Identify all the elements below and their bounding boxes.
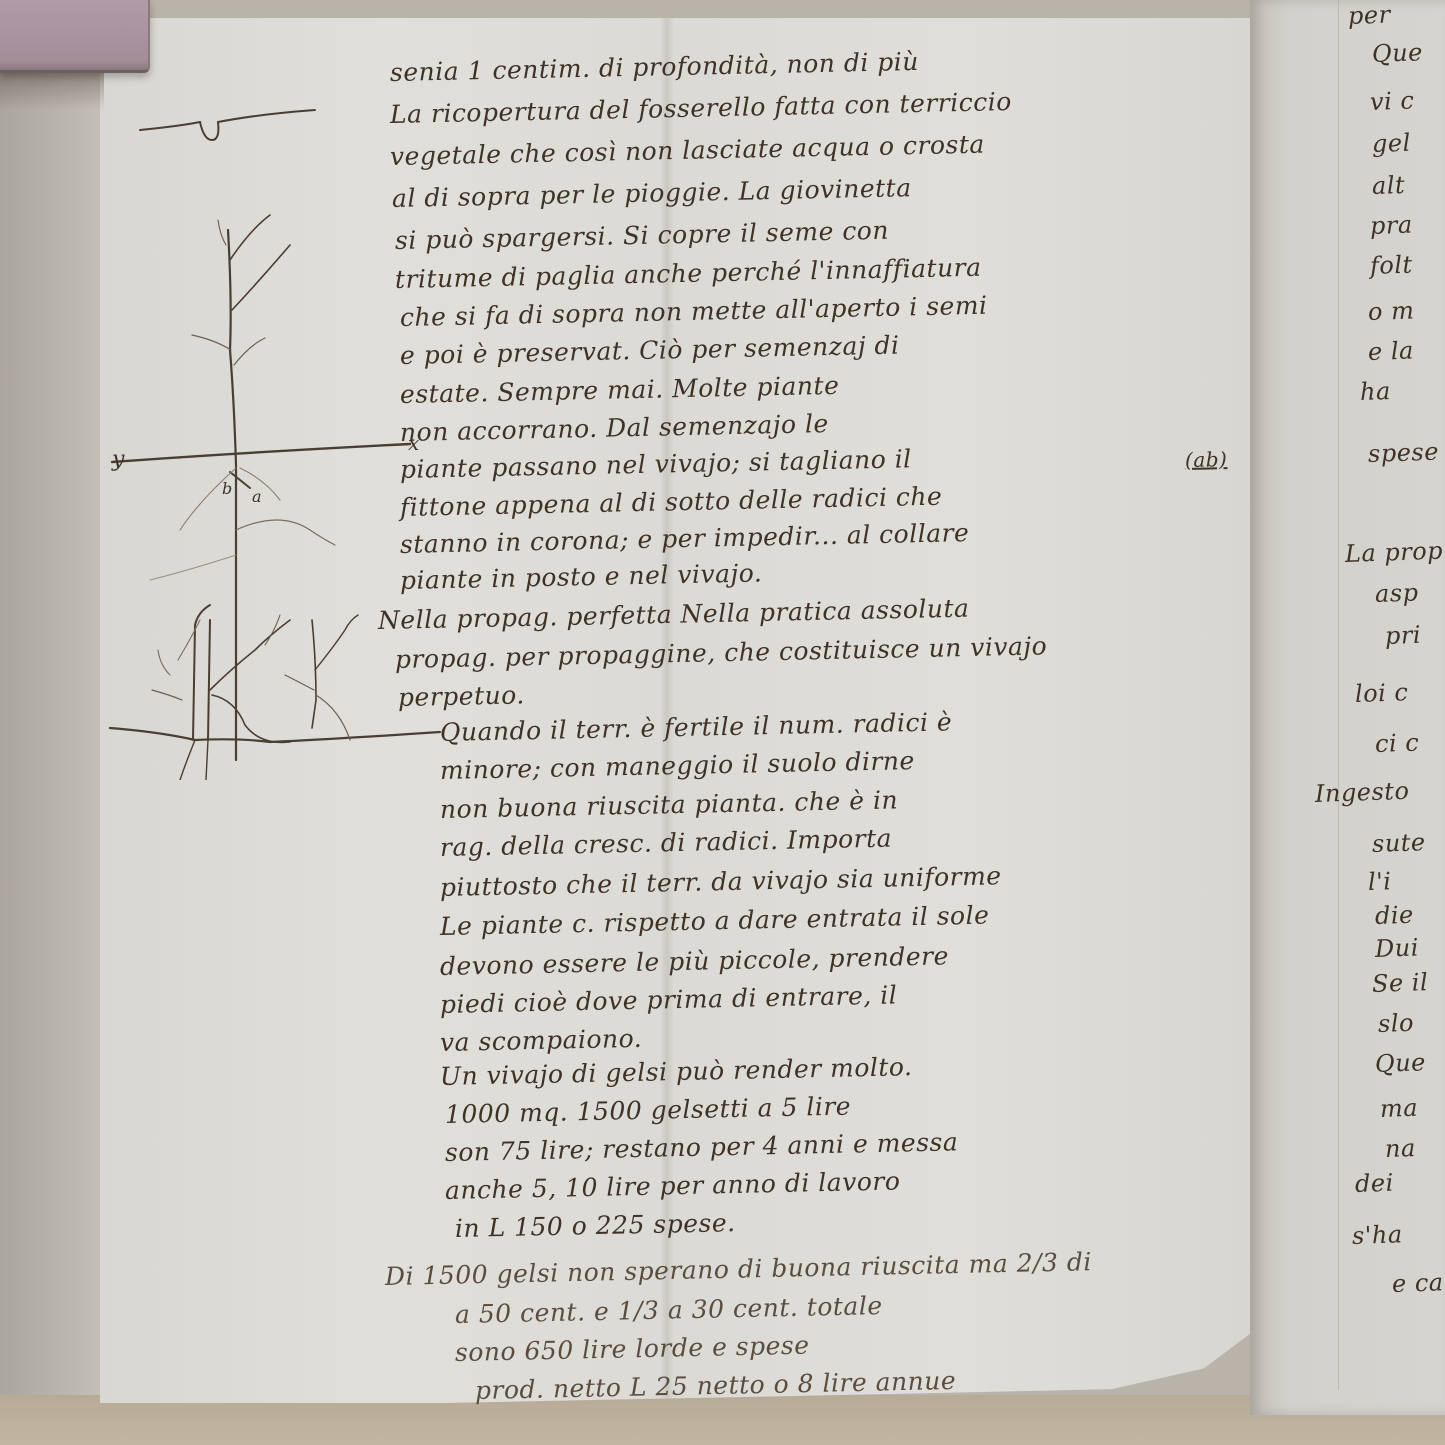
- page-margin-rule: [1338, 0, 1339, 1390]
- text-fragment: folt: [1370, 251, 1414, 280]
- background-surface-left: [0, 0, 110, 1445]
- text-fragment: die: [1375, 901, 1415, 930]
- text-line: in L 150 o 225 spese.: [455, 1208, 736, 1243]
- text-fragment: o m: [1368, 296, 1415, 326]
- text-fragment: e la: [1368, 336, 1415, 366]
- text-fragment: e ca: [1392, 1268, 1445, 1298]
- sketch-label-b: b: [222, 479, 232, 498]
- purple-cover-object: [0, 0, 150, 73]
- text-fragment: ci c: [1375, 728, 1420, 758]
- text-fragment: vi c: [1370, 86, 1415, 116]
- text-fragment: ha: [1360, 377, 1392, 406]
- text-line: va scompaiono.: [440, 1024, 643, 1057]
- sketch-label-y: y: [112, 447, 124, 472]
- text-fragment: asp: [1375, 578, 1419, 608]
- text-fragment: La prop: [1345, 537, 1444, 568]
- text-fragment: ma: [1380, 1094, 1419, 1123]
- annotation-ab: (ab): [1185, 447, 1228, 472]
- text-fragment: sute: [1372, 828, 1427, 858]
- text-fragment: Ingesto: [1315, 777, 1410, 808]
- text-fragment: Que: [1372, 38, 1424, 68]
- text-fragment: Dui: [1375, 933, 1420, 963]
- text-fragment: slo: [1378, 1009, 1415, 1038]
- text-fragment: Se il: [1372, 968, 1429, 998]
- object-shadow: [0, 70, 104, 110]
- text-fragment: dei: [1355, 1169, 1395, 1198]
- text-fragment: s'ha: [1352, 1220, 1404, 1250]
- text-fragment: Que: [1375, 1048, 1427, 1078]
- text-fragment: loi c: [1355, 678, 1409, 708]
- adjacent-page-right: [1250, 0, 1445, 1415]
- text-fragment: spese: [1368, 438, 1440, 468]
- text-line: perpetuo.: [398, 680, 525, 712]
- text-fragment: alt: [1372, 171, 1406, 200]
- text-fragment: per: [1348, 1, 1391, 30]
- text-fragment: na: [1385, 1134, 1417, 1163]
- text-fragment: gel: [1372, 129, 1412, 158]
- sketch-label-a: a: [252, 487, 262, 506]
- text-fragment: pri: [1385, 621, 1422, 650]
- text-fragment: l'i: [1368, 867, 1392, 896]
- text-fragment: pra: [1370, 211, 1414, 240]
